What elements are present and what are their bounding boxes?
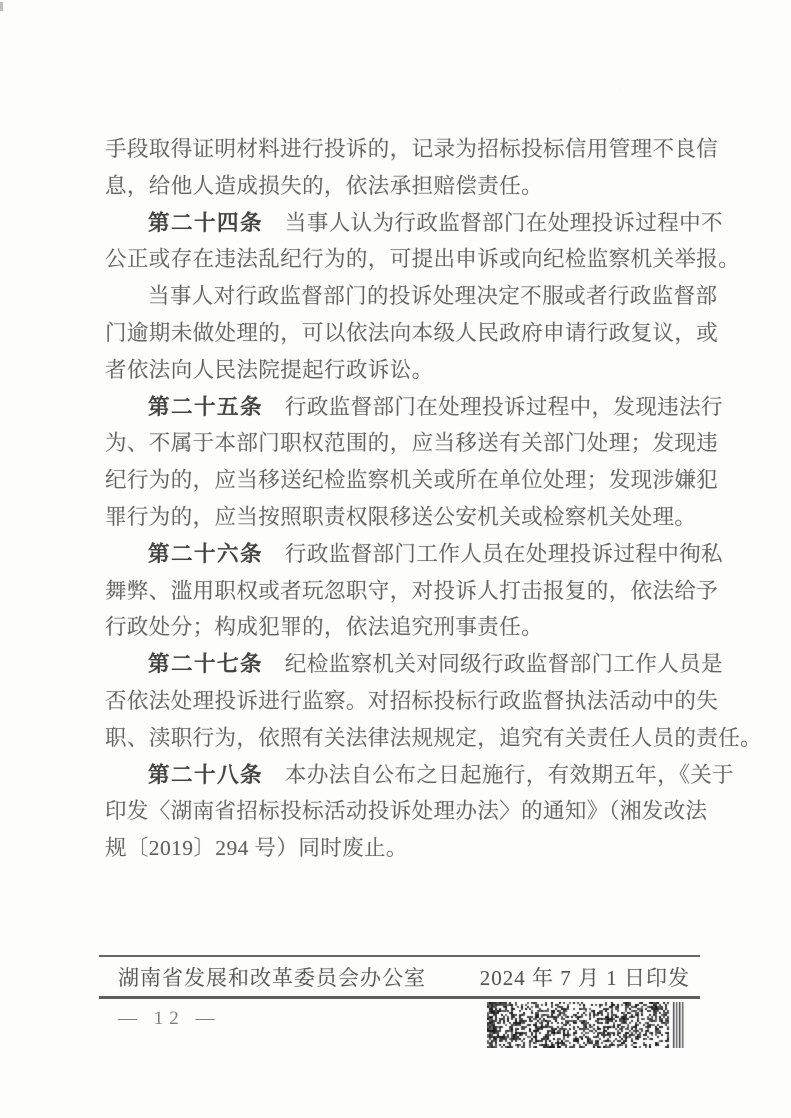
- body-line: 公正或存在违法乱纪行为的，可提出申诉或向纪检监察机关举报。: [105, 241, 705, 278]
- body-line-text: 规〔2019〕294 号）同时废止。: [105, 836, 408, 860]
- body-line-text: 息，给他人造成损失的，依法承担赔偿责任。: [105, 174, 543, 198]
- scan-artifact: [0, 2, 3, 11]
- body-line-text: 者依法向人民法院提起行政诉讼。: [105, 358, 434, 382]
- body-line-text: 为、不属于本部门职权范围的，应当移送有关部门处理；发现违: [105, 431, 718, 455]
- body-line-text: 本办法自公布之日起施行，有效期五年，《关于: [263, 763, 734, 787]
- body-line: 门逾期未做处理的，可以依法向本级人民政府申请行政复议，或: [105, 315, 705, 352]
- body-line: 者依法向人民法院提起行政诉讼。: [105, 352, 705, 389]
- issuing-office: 湖南省发展和改革委员会办公室: [118, 962, 426, 992]
- body-line-text: 罪行为的，应当按照职责权限移送公安机关或检察机关处理。: [105, 505, 696, 529]
- print-date: 2024 年 7 月 1 日印发: [480, 962, 690, 992]
- body-line-text: 否依法处理投诉进行监察。对招标投标行政监督执法活动中的失: [105, 689, 718, 713]
- document-page: 手段取得证明材料进行投诉的，记录为招标投标信用管理不良信息，给他人造成损失的，依…: [0, 0, 791, 1118]
- body-line-text: 舞弊、滥用职权或者玩忽职守，对投诉人打击报复的，依法给予: [105, 579, 718, 603]
- body-line: 行政处分；构成犯罪的，依法追究刑事责任。: [105, 609, 705, 646]
- body-line: 纪行为的，应当移送纪检监察机关或所在单位处理；发现涉嫌犯: [105, 462, 705, 499]
- body-line-text: 公正或存在违法乱纪行为的，可提出申诉或向纪检监察机关举报。: [105, 247, 740, 271]
- body-line: 规〔2019〕294 号）同时废止。: [105, 830, 705, 867]
- body-line: 舞弊、滥用职权或者玩忽职守，对投诉人打击报复的，依法给予: [105, 573, 705, 610]
- body-line-text: 手段取得证明材料进行投诉的，记录为招标投标信用管理不良信: [105, 137, 718, 161]
- body-line: 印发〈湖南省招标投标活动投诉处理办法〉的通知》（湘发改法: [105, 793, 705, 830]
- body-line-text: 纪行为的，应当移送纪检监察机关或所在单位处理；发现涉嫌犯: [105, 468, 718, 492]
- body-line: 手段取得证明材料进行投诉的，记录为招标投标信用管理不良信: [105, 131, 705, 168]
- body-line-text: 印发〈湖南省招标投标活动投诉处理办法〉的通知》（湘发改法: [105, 799, 707, 823]
- article-number: 第二十八条: [148, 763, 263, 787]
- article-number: 第二十五条: [148, 395, 263, 419]
- body-line-text: 当事人认为行政监督部门在处理投诉过程中不: [263, 211, 723, 235]
- article-number: 第二十七条: [148, 652, 263, 676]
- body-line: 职、渎职行为，依照有关法律法规规定，追究有关责任人员的责任。: [105, 720, 705, 757]
- article-number: 第二十六条: [148, 542, 263, 566]
- body-line-text: 职、渎职行为，依照有关法律法规规定，追究有关责任人员的责任。: [105, 726, 762, 750]
- body-line: 第二十五条 行政监督部门在处理投诉过程中，发现违法行: [105, 389, 705, 426]
- body-line-text: 当事人对行政监督部门的投诉处理决定不服或者行政监督部: [148, 284, 717, 308]
- body-line: 罪行为的，应当按照职责权限移送公安机关或检察机关处理。: [105, 499, 705, 536]
- body-line: 第二十四条 当事人认为行政监督部门在处理投诉过程中不: [105, 205, 705, 242]
- body-line-text: 行政处分；构成犯罪的，依法追究刑事责任。: [105, 615, 543, 639]
- footer-row: 湖南省发展和改革委员会办公室 2024 年 7 月 1 日印发: [99, 958, 700, 996]
- document-body: 手段取得证明材料进行投诉的，记录为招标投标信用管理不良信息，给他人造成损失的，依…: [105, 131, 705, 867]
- body-line-text: 行政监督部门在处理投诉过程中，发现违法行: [263, 395, 723, 419]
- body-line-text: 门逾期未做处理的，可以依法向本级人民政府申请行政复议，或: [105, 321, 718, 345]
- body-line: 第二十七条 纪检监察机关对同级行政监督部门工作人员是: [105, 646, 705, 683]
- footer-rule-top: [99, 955, 700, 957]
- print-barcode: [487, 1002, 685, 1048]
- body-line-text: 纪检监察机关对同级行政监督部门工作人员是: [263, 652, 723, 676]
- body-line: 当事人对行政监督部门的投诉处理决定不服或者行政监督部: [105, 278, 705, 315]
- footer-rule-bottom: [99, 996, 700, 999]
- body-line: 息，给他人造成损失的，依法承担赔偿责任。: [105, 168, 705, 205]
- body-line: 第二十八条 本办法自公布之日起施行，有效期五年，《关于: [105, 757, 705, 794]
- article-number: 第二十四条: [148, 211, 263, 235]
- body-line: 第二十六条 行政监督部门工作人员在处理投诉过程中徇私: [105, 536, 705, 573]
- body-line: 否依法处理投诉进行监察。对招标投标行政监督执法活动中的失: [105, 683, 705, 720]
- body-line: 为、不属于本部门职权范围的，应当移送有关部门处理；发现违: [105, 425, 705, 462]
- body-line-text: 行政监督部门工作人员在处理投诉过程中徇私: [263, 542, 723, 566]
- page-number: — 12 —: [118, 1008, 221, 1030]
